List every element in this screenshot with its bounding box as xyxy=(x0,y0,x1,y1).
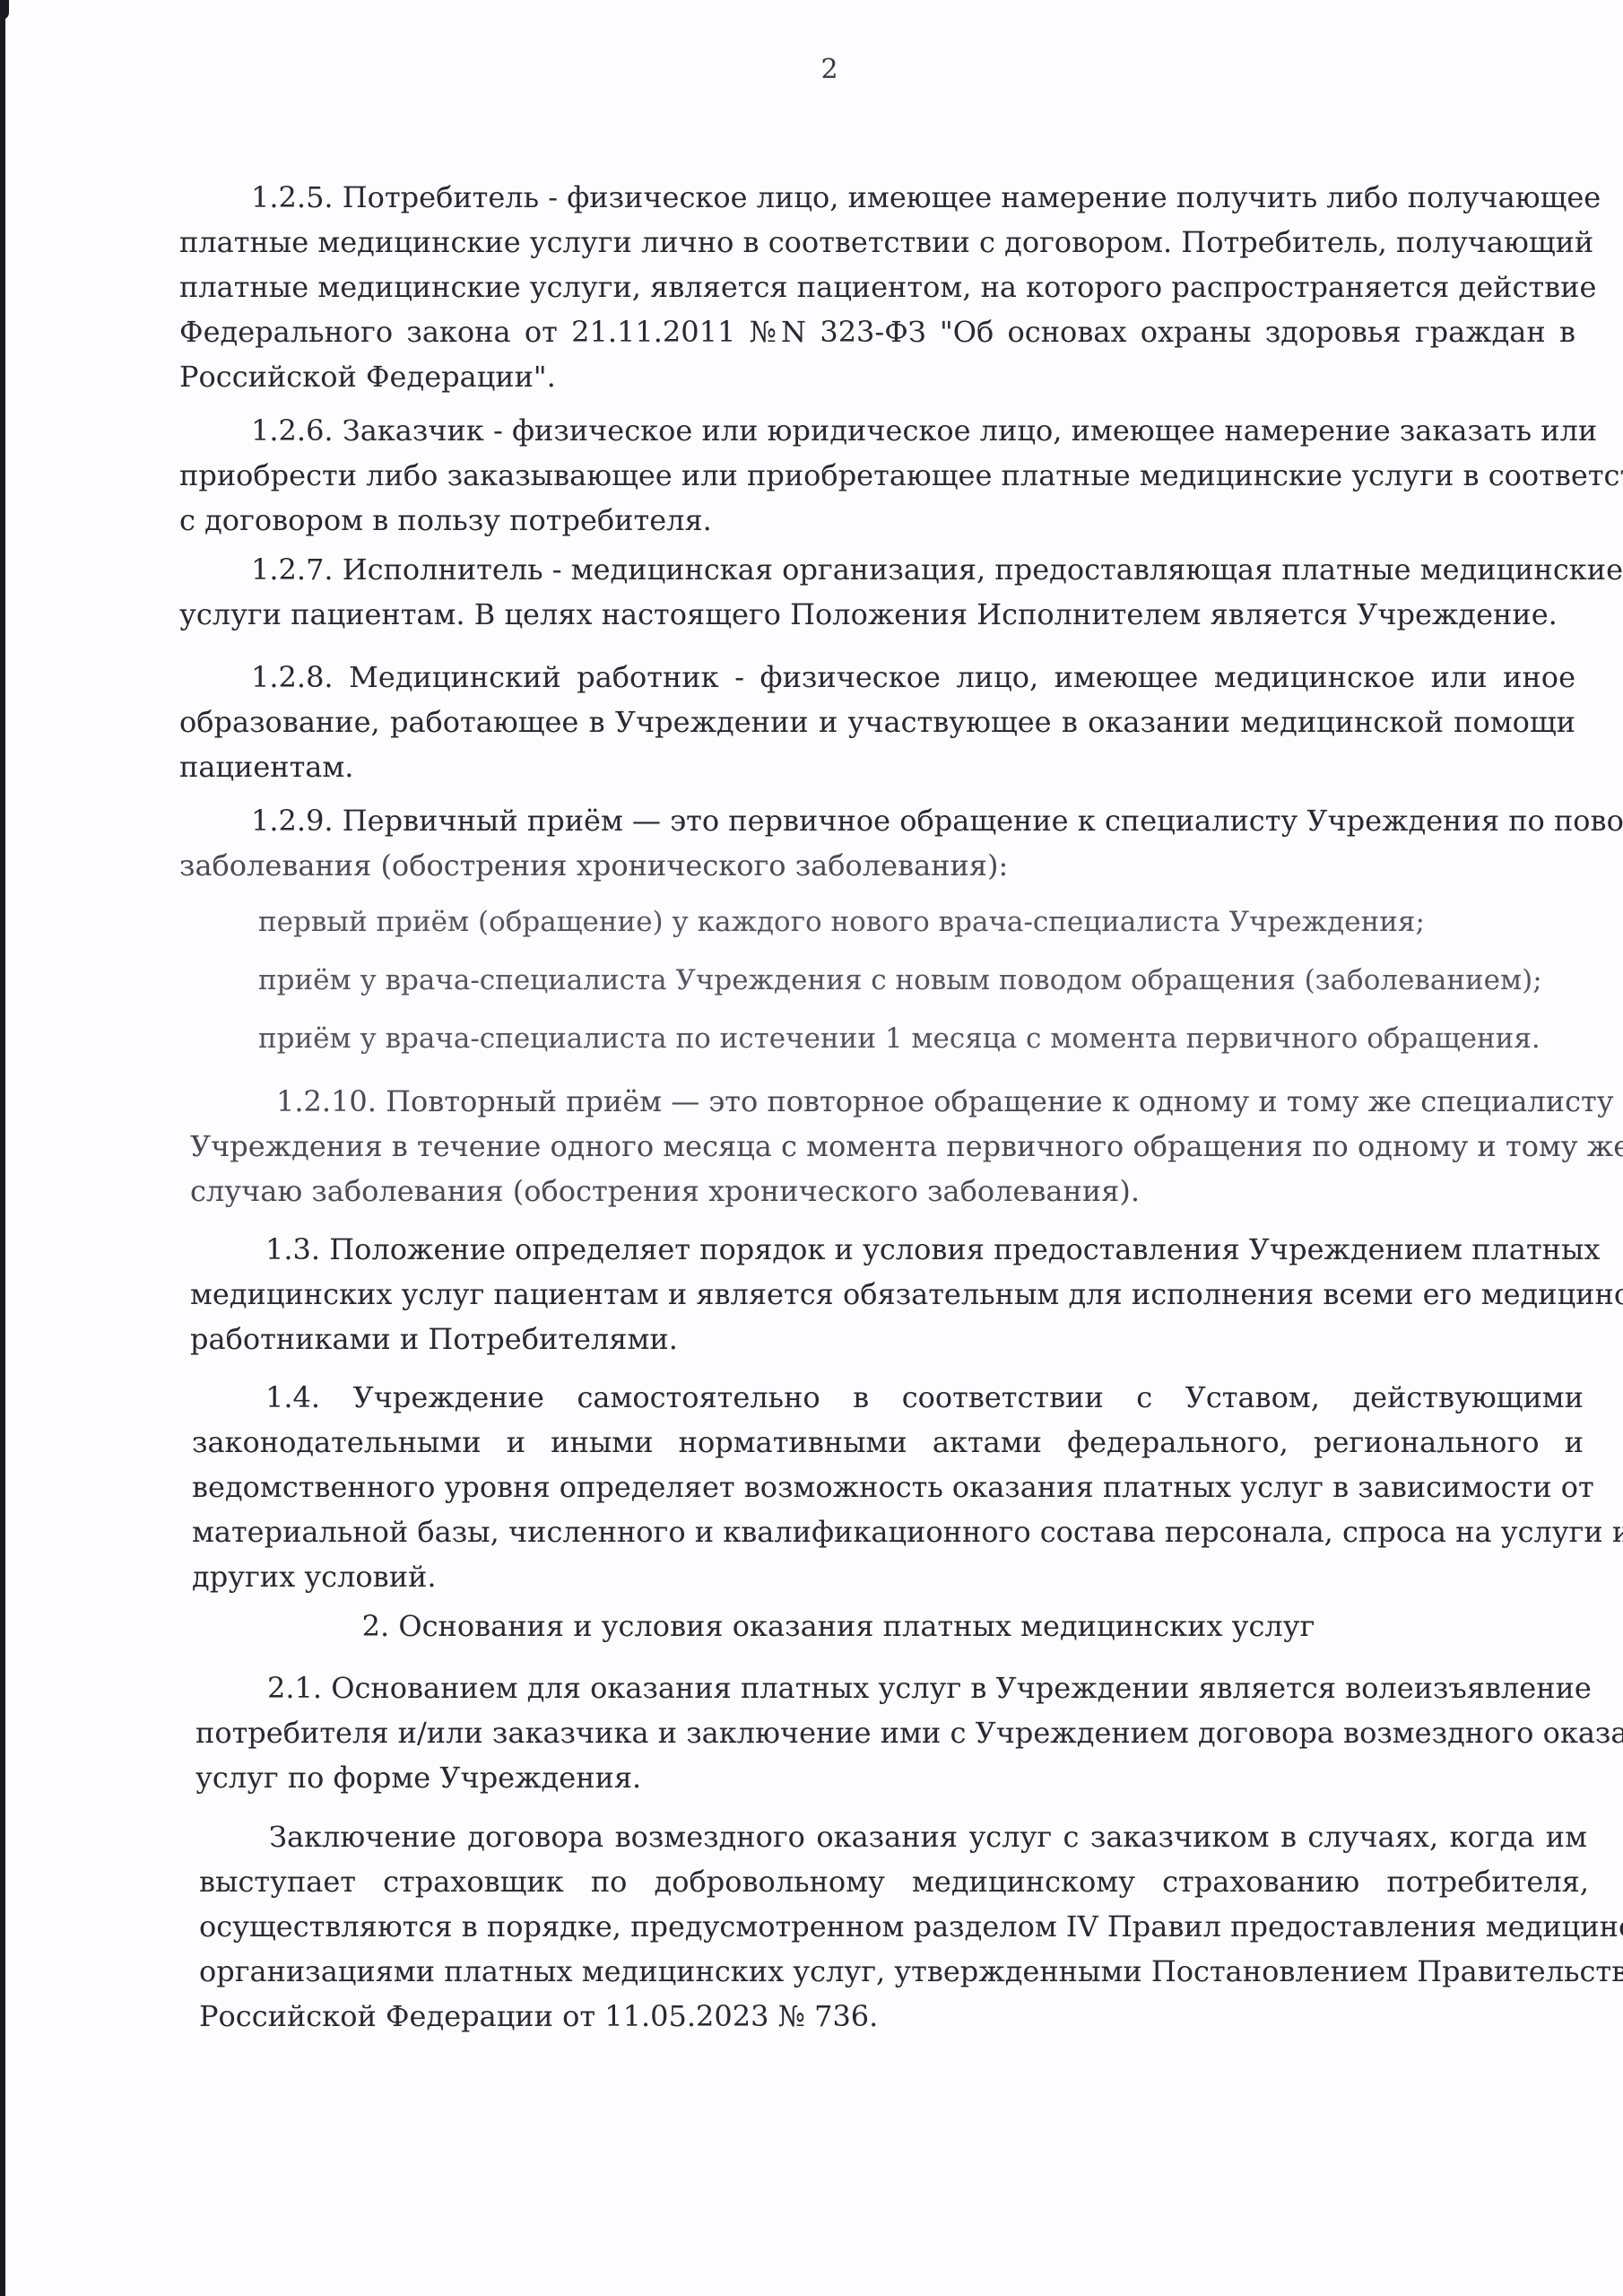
list-item: приём у врача-специалиста Учреждения с н… xyxy=(258,962,1542,998)
text-line: 1.2.9. Первичный приём — это первичное о… xyxy=(251,803,1575,839)
text-line: 1.2.7. Исполнитель - медицинская организ… xyxy=(251,552,1575,587)
text-line: медицинских услуг пациентам и является о… xyxy=(190,1276,1580,1312)
text-line: приобрести либо заказывающее или приобре… xyxy=(179,457,1575,493)
text-line: 1.2.8. Медицинский работник - физическое… xyxy=(251,659,1575,695)
text-line: с договором в пользу потребителя. xyxy=(179,502,1575,538)
text-line: материальной базы, численного и квалифик… xyxy=(192,1514,1584,1550)
text-line: заболевания (обострения хронического заб… xyxy=(179,848,1575,883)
scan-edge-corner xyxy=(0,0,9,20)
list-item: первый приём (обращение) у каждого новог… xyxy=(258,904,1425,940)
list-item: приём у врача-специалиста по истечении 1… xyxy=(258,1021,1541,1057)
text-line: пациентам. xyxy=(179,749,1575,785)
text-line: потребителя и/или заказчика и заключение… xyxy=(195,1715,1585,1751)
text-line: платные медицинские услуги, является пац… xyxy=(179,269,1575,305)
text-line: выступает страховщик по добровольному ме… xyxy=(199,1864,1589,1900)
scan-edge xyxy=(0,0,5,2296)
text-line: других условий. xyxy=(192,1559,1588,1595)
text-line: 1.2.6. Заказчик - физическое или юридиче… xyxy=(251,413,1575,448)
text-line: осуществляются в порядке, предусмотренно… xyxy=(199,1909,1589,1944)
text-line: 1.4. Учреждение самостоятельно в соответ… xyxy=(265,1379,1584,1415)
text-line: услуг по форме Учреждения. xyxy=(195,1760,1592,1796)
text-line: 2.1. Основанием для оказания платных усл… xyxy=(267,1670,1585,1706)
text-line: 1.2.5. Потребитель - физическое лицо, им… xyxy=(251,179,1575,215)
text-line: ведомственного уровня определяет возможн… xyxy=(192,1469,1584,1505)
text-line: Заключение договора возмездного оказания… xyxy=(269,1819,1587,1855)
page-number: 2 xyxy=(0,54,1623,85)
text-line: платные медицинские услуги лично в соотв… xyxy=(179,224,1575,260)
text-line: случаю заболевания (обострения хроническ… xyxy=(190,1173,1586,1209)
text-line: 1.3. Положение определяет порядок и усло… xyxy=(265,1231,1580,1267)
text-line: услуги пациентам. В целях настоящего Пол… xyxy=(179,596,1575,632)
text-line: организациями платных медицинских услуг,… xyxy=(199,1953,1589,1989)
text-line: работниками и Потребителями. xyxy=(190,1321,1586,1357)
text-line: образование, работающее в Учреждении и у… xyxy=(179,704,1575,740)
section-heading: 2. Основания и условия оказания платных … xyxy=(0,1608,1623,1644)
text-line: Учреждения в течение одного месяца с мом… xyxy=(190,1128,1580,1164)
text-line: 1.2.10. Повторный приём — это повторное … xyxy=(276,1083,1580,1119)
text-line: Российской Федерации". xyxy=(179,359,1575,395)
text-line: Федерального закона от 21.11.2011 №N 323… xyxy=(179,314,1575,350)
text-line: законодательными и иными нормативными ак… xyxy=(192,1424,1584,1460)
text-line: Российской Федерации от 11.05.2023 № 736… xyxy=(199,1998,1595,2034)
